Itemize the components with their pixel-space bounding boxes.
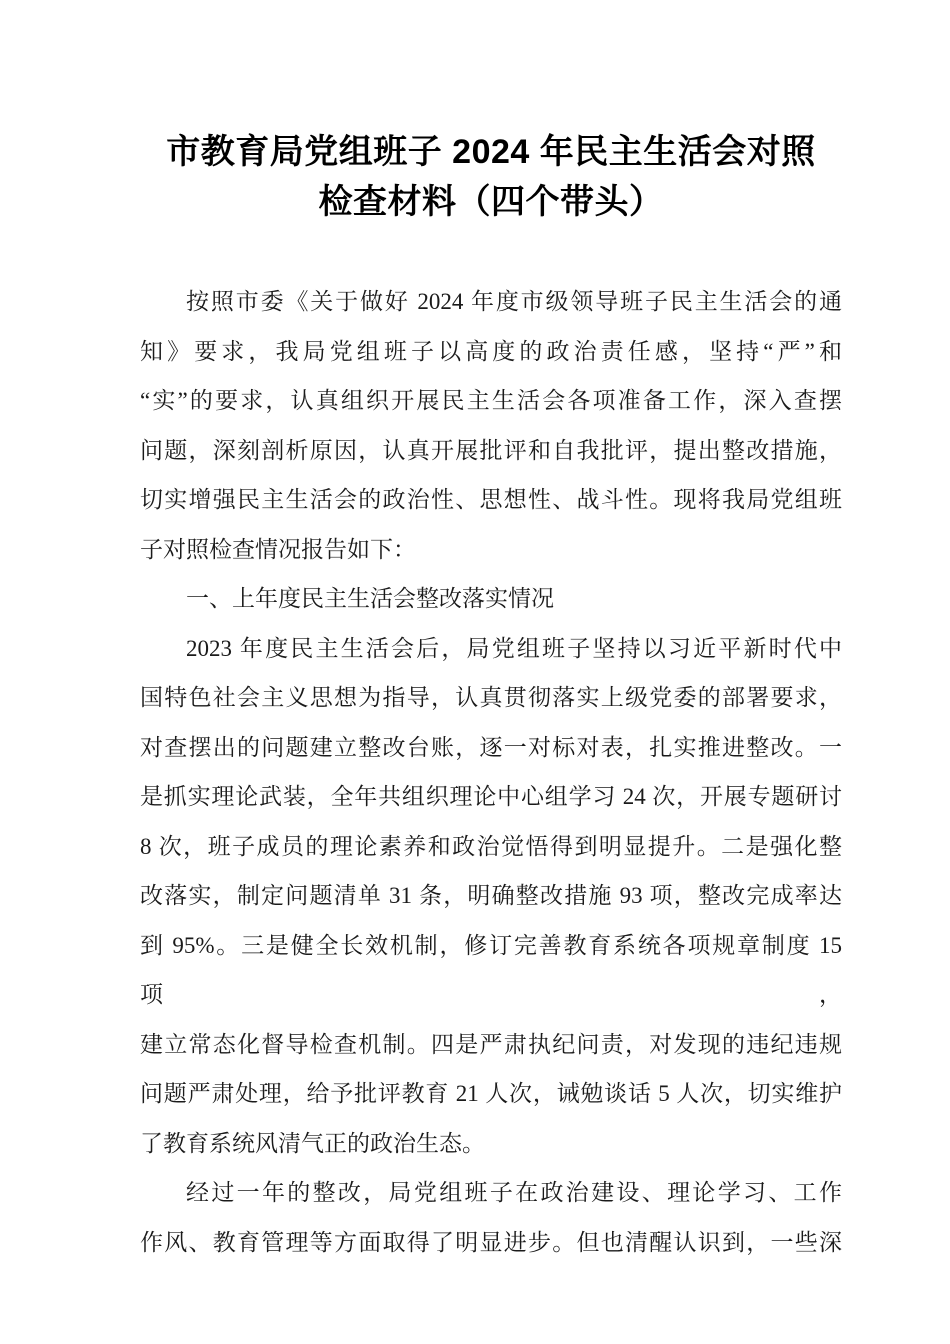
document-title: 市教育局党组班子 2024 年民主生活会对照 检查材料（四个带头） (140, 127, 842, 227)
document-page: 市教育局党组班子 2024 年民主生活会对照 检查材料（四个带头） 按照市委《关… (0, 0, 950, 1344)
text-line: 8 次，班子成员的理论素养和政治觉悟得到明显提升。二是强化整 (140, 822, 842, 872)
text-line: 作风、教育管理等方面取得了明显进步。但也清醒认识到，一些深 (140, 1218, 842, 1268)
text-line: 问题，深刻剖析原因，认真开展批评和自我批评，提出整改措施， (140, 426, 842, 476)
text-line: 国特色社会主义思想为指导，认真贯彻落实上级党委的部署要求， (140, 673, 842, 723)
text-line: 按照市委《关于做好 2024 年度市级领导班子民主生活会的通 (140, 277, 842, 327)
section-heading: 一、上年度民主生活会整改落实情况 (140, 574, 842, 624)
text-line: 到 95%。三是健全长效机制，修订完善教育系统各项规章制度 15 项， (140, 921, 842, 1020)
text-line: 问题严肃处理，给予批评教育 21 人次，诫勉谈话 5 人次，切实维护 (140, 1069, 842, 1119)
text-line: 经过一年的整改，局党组班子在政治建设、理论学习、工作 (140, 1168, 842, 1218)
text-line: 了教育系统风清气正的政治生态。 (140, 1119, 842, 1169)
text-line: 对查摆出的问题建立整改台账，逐一对标对表，扎实推进整改。一 (140, 723, 842, 773)
text-line: 是抓实理论武装，全年共组织理论中心组学习 24 次，开展专题研讨 (140, 772, 842, 822)
text-line: “实”的要求，认真组织开展民主生活会各项准备工作，深入查摆 (140, 376, 842, 426)
document-body: 按照市委《关于做好 2024 年度市级领导班子民主生活会的通知》要求，我局党组班… (140, 277, 842, 1267)
text-line: 改落实，制定问题清单 31 条，明确整改措施 93 项，整改完成率达 (140, 871, 842, 921)
title-line-1: 市教育局党组班子 2024 年民主生活会对照 (140, 127, 842, 177)
title-line-2: 检查材料（四个带头） (140, 177, 842, 227)
text-line: 切实增强民主生活会的政治性、思想性、战斗性。现将我局党组班 (140, 475, 842, 525)
text-line: 建立常态化督导检查机制。四是严肃执纪问责，对发现的违纪违规 (140, 1020, 842, 1070)
text-line: 知》要求，我局党组班子以高度的政治责任感，坚持“严”和 (140, 327, 842, 377)
text-line: 子对照检查情况报告如下： (140, 525, 842, 575)
text-line: 2023 年度民主生活会后，局党组班子坚持以习近平新时代中 (140, 624, 842, 674)
